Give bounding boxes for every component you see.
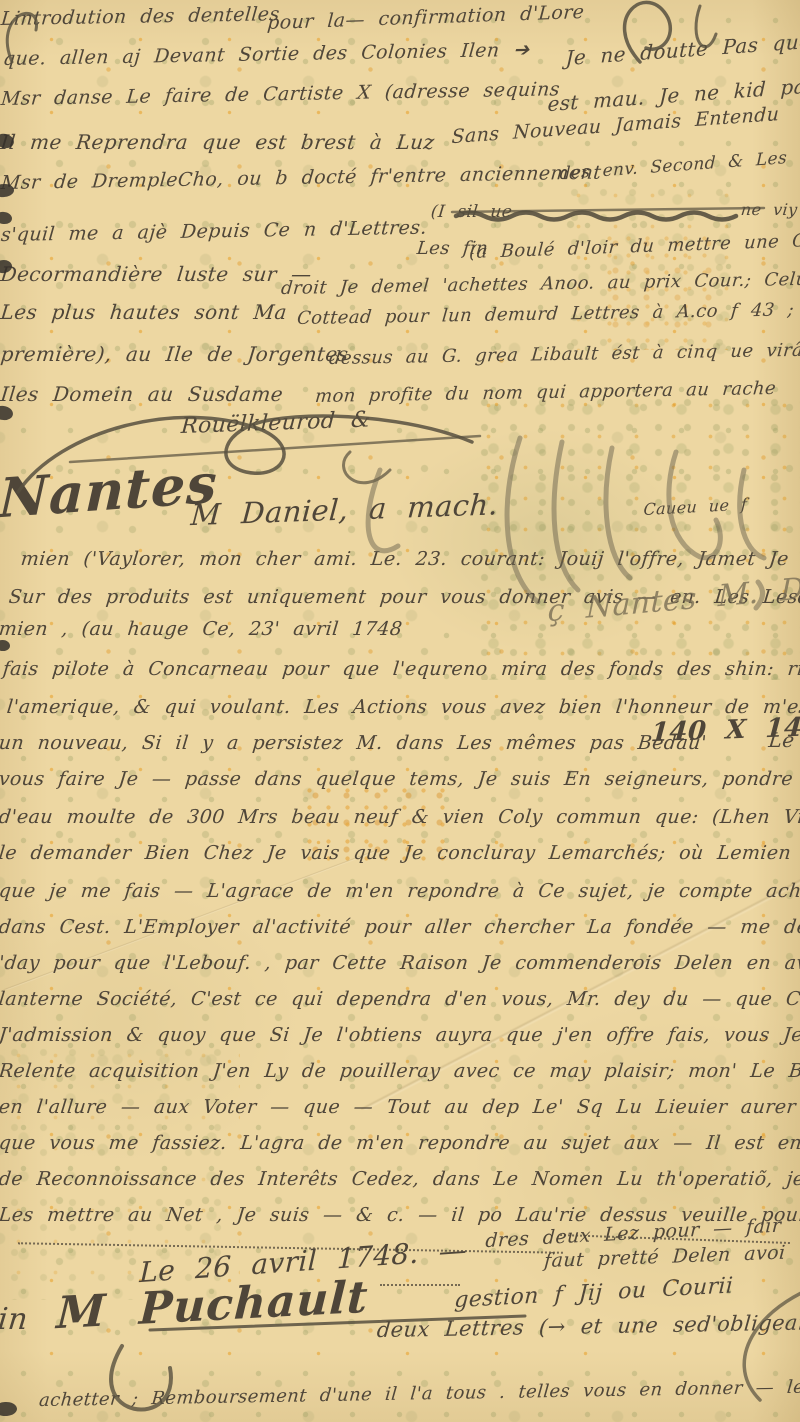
handwritten-line: (I sil ue: [430, 202, 513, 222]
edge-ink-blot: [0, 640, 10, 651]
handwritten-line: droit Je demel 'achettes Anoo. au prix C…: [280, 268, 800, 299]
handwritten-line: Rouëlkleurod &: [180, 407, 372, 439]
handwritten-line: dessus au G. grea Libault ést à cinq ue …: [328, 340, 800, 369]
handwritten-line: Les plus hautes sont Ma: [0, 300, 288, 324]
handwritten-line: Decormandière luste sur —: [0, 262, 313, 286]
edge-ink-blot: [0, 1401, 17, 1417]
handwritten-line: Lintrodution des dentelles: [0, 3, 281, 30]
handwritten-line: Le: [767, 728, 795, 752]
handwritten-line: (a Boulé d'loir du mettre une Cf. gr: [469, 229, 800, 263]
handwritten-line: s'quil me a ajè Depuis Ce n d'Lettres.: [0, 217, 428, 246]
handwritten-line: mien , (au hauge Ce, 23' avril 1748: [0, 618, 403, 640]
handwritten-line: Msr danse Le faire de Cartiste X (adress…: [0, 78, 561, 110]
handwritten-line: gestion f Jij ou Courii: [454, 1273, 734, 1313]
handwritten-line: des env. Second & Les Condit: [559, 143, 800, 184]
handwritten-line: mon profite du nom qui apportera au rach…: [314, 378, 777, 407]
manuscript-page: Lintrodution des dentellespour la— confi…: [0, 0, 800, 1422]
handwritten-line: 'day pour que l'Lebouf. , par Cette Rais…: [0, 952, 800, 974]
handwritten-line: de Reconnoissance des Interêts Cedez, da…: [0, 1168, 800, 1190]
edge-ink-blot: [0, 405, 14, 421]
dotted-separator-line: [380, 1284, 460, 1286]
handwritten-line: d'eau moulte de 300 Mrs beau neuf & vien…: [0, 806, 800, 828]
handwritten-line: Relente acquisition J'en Ly de pouillera…: [0, 1060, 800, 1082]
handwritten-line: achetter ; Remboursement d'une il l'a to…: [38, 1372, 800, 1411]
bleedthrough-stroke: [507, 438, 538, 602]
handwritten-line: vous faire Je — passe dans quelque tems,…: [0, 768, 800, 790]
handwritten-line: mien ('Vaylorer, mon cher ami. Le. 23. c…: [20, 548, 790, 570]
mould-stain-cluster: [470, 390, 800, 680]
handwritten-line: Nantes: [0, 451, 219, 531]
handwritten-line: en l'allure — aux Voter — que — Tout au …: [0, 1096, 797, 1118]
handwritten-line: in: [0, 1302, 30, 1337]
handwritten-line: dans Cest. L'Employer al'activité pour a…: [0, 916, 800, 938]
handwritten-line: M Puchault: [55, 1272, 369, 1340]
edge-ink-blot: [0, 211, 12, 224]
handwritten-line: que vous me fassiez. L'agra de m'en repo…: [0, 1132, 800, 1154]
handwritten-line: Il me Reprendra que est brest à Luz: [0, 130, 436, 154]
handwritten-line: ne viy a: [740, 200, 800, 219]
handwritten-line: Je ne doutte Pas que: [565, 29, 800, 70]
handwritten-line: lanterne Société, C'est ce qui dependra …: [0, 988, 800, 1010]
handwritten-line: Cottead pour lun demurd Lettres à A.co f…: [296, 297, 800, 329]
handwritten-line: M Daniel, a mach.: [190, 487, 500, 532]
handwritten-line: deux Lettres (→ et une sed'obligeant all…: [376, 1308, 800, 1342]
handwritten-line: Msr de DrempleCho, ou b docté fr'entre a…: [0, 162, 602, 195]
handwritten-line: fais pilote à Concarneau pour que l'equr…: [2, 658, 800, 680]
mould-stain-cluster: [560, 180, 730, 350]
handwritten-line: première), au Ile de Jorgentes: [0, 342, 350, 366]
handwritten-line: l'amerique, & qui voulant. Les Actions v…: [6, 696, 800, 718]
handwritten-line: le demander Bien Chez Je vais que Je con…: [0, 842, 800, 864]
bleedthrough-stroke: [740, 470, 764, 558]
handwritten-line: ç Nantes M. Dam: [547, 567, 800, 629]
flourish-stroke: [344, 452, 390, 483]
handwritten-line: Iles Domein au Susdame: [0, 382, 284, 406]
handwritten-line: pour la— confirmation d'Lore: [266, 1, 585, 34]
handwritten-line: que. allen aj Devant Sortie des Colonies…: [2, 39, 530, 70]
handwritten-line: J'admission & quoy que Si Je l'obtiens a…: [0, 1024, 800, 1046]
handwritten-line: un nouveau, Si il y a persistez M. dans …: [0, 732, 708, 754]
handwritten-line: Caueu ue f: [643, 495, 748, 520]
handwritten-line: que je me fais — L'agrace de m'en repond…: [0, 880, 800, 902]
